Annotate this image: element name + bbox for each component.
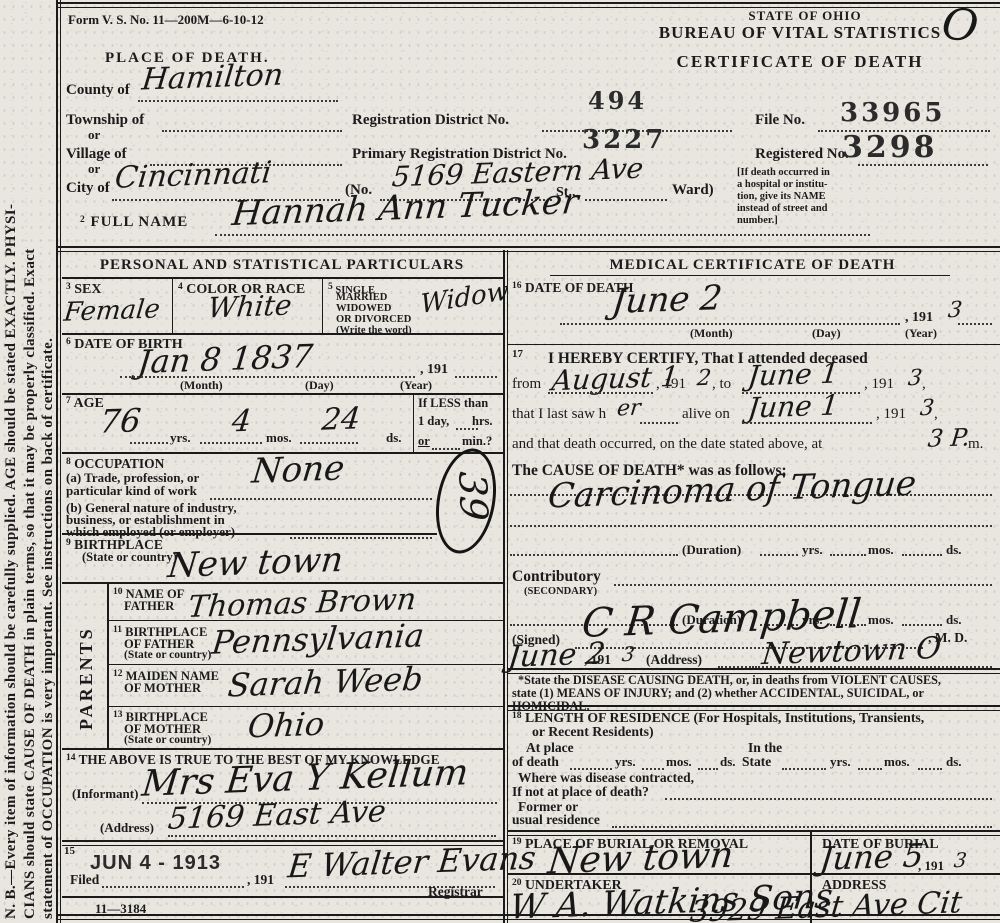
bureau-line: BUREAU OF VITAL STATISTICS: [620, 23, 980, 43]
occupation-number: 8: [66, 457, 71, 467]
rule: [62, 582, 503, 584]
hospital-note-line3: tion, give its NAME: [737, 191, 826, 203]
hospital-note-line5: number.]: [737, 215, 778, 227]
residence-label2: or Recent Residents): [532, 724, 654, 740]
dotted-line: [782, 766, 826, 770]
dotted-line: [138, 98, 338, 102]
cell-divider: [413, 393, 414, 452]
sex-value: Female: [62, 294, 161, 327]
duration-label-1: (Duration): [682, 542, 741, 558]
form-number: Form V. S. No. 11—200M—6-10-12: [68, 12, 264, 28]
full-name-label: FULL NAME: [91, 214, 189, 230]
dotted-line: [902, 622, 942, 626]
in-the-line2: State: [742, 754, 771, 770]
in-state-ds: ds.: [946, 754, 962, 770]
rule: [62, 333, 503, 335]
from-year-hw: 2: [696, 366, 713, 392]
dotted-line: [200, 440, 262, 444]
dotted-line: [510, 523, 992, 527]
hospital-note-line1: [If death occurred in: [737, 167, 830, 179]
dotted-line: [958, 321, 992, 325]
at-place-line2: of death: [512, 754, 559, 770]
filed-number: 15: [64, 845, 75, 857]
margin-divider-inner: [60, 0, 61, 923]
min-label: min.?: [462, 434, 492, 449]
dotted-line: [830, 552, 866, 556]
burial-place-value: New town: [546, 835, 735, 883]
residence-number: 18: [512, 711, 522, 721]
rule: [62, 393, 503, 395]
duration-mos-1: mos.: [868, 542, 894, 558]
burial-year-prefix: , 191: [918, 858, 944, 874]
alive-label: alive on: [682, 406, 730, 423]
from-year-prefix: , 191: [656, 376, 686, 393]
time-hw: 3 P.: [927, 423, 972, 453]
dotted-line: [548, 390, 653, 394]
birthplace-number: 9: [66, 538, 71, 548]
mother-bp-sub: (State or country): [124, 734, 211, 746]
signed-address-label: (Address): [646, 652, 702, 668]
occupation-a-line2: particular kind of work: [66, 483, 197, 499]
dotted-line: [560, 321, 900, 325]
occupation-a-value: None: [250, 448, 346, 491]
ward-label: Ward): [672, 182, 714, 199]
saw-label: that I last saw h: [512, 406, 606, 423]
father-label2: FATHER: [124, 599, 174, 614]
dotted-line: [585, 197, 667, 201]
certificate-heading: CERTIFICATE OF DEATH: [620, 52, 980, 72]
registered-no-label: Registered No.: [755, 146, 849, 163]
dotted-line: [902, 552, 942, 556]
saw-hw: er: [616, 396, 642, 422]
rule: [62, 277, 503, 279]
yrs-label: yrs.: [170, 430, 191, 446]
mother-bp-value: Ohio: [246, 705, 326, 746]
cell-divider: [172, 277, 173, 333]
mother-label2: OF MOTHER: [124, 681, 201, 696]
dotted-line: [130, 440, 168, 444]
m-label: m.: [968, 436, 983, 453]
mother-number: 12: [113, 669, 123, 679]
age-number: 7: [66, 396, 71, 406]
dod-number: 16: [512, 281, 522, 291]
truth-number: 14: [66, 753, 76, 763]
registrar-signature: E Walter Evans: [286, 839, 538, 886]
primary-district-value: 3227: [582, 125, 666, 155]
registered-no-value: 3298: [842, 130, 938, 165]
less-than-line2: 1 day,: [418, 414, 449, 429]
rule: [550, 275, 950, 276]
dotted-line: [698, 766, 718, 770]
sex-number: 3: [66, 282, 71, 292]
rule: [507, 873, 1000, 875]
dob-number: 6: [66, 337, 71, 347]
alive-year-prefix: , 191: [876, 406, 906, 423]
filed-date-stamp: JUN 4 - 1913: [90, 852, 221, 875]
file-no-label: File No.: [755, 112, 805, 129]
mos-label: mos.: [266, 430, 292, 446]
county-label: County of: [66, 82, 130, 99]
father-number: 10: [113, 587, 123, 597]
dotted-line: [162, 128, 342, 132]
father-bp-sub: (State or country): [124, 649, 211, 661]
signed-year-hw: 3: [621, 642, 636, 667]
parents-divider: [107, 582, 109, 748]
dotted-line: [640, 420, 678, 424]
dotted-line: [742, 420, 872, 424]
comma: ,: [922, 376, 926, 393]
comma2: ,: [934, 406, 938, 423]
birthplace-sub: (State or country): [82, 550, 177, 565]
dod-year-caption: (Year): [905, 326, 937, 341]
sex-label: SEX: [74, 282, 101, 297]
circled-annotation: 39: [428, 444, 504, 558]
file-no-value: 33965: [840, 98, 945, 128]
dotted-line: [510, 552, 678, 556]
dod-value: June 2: [610, 278, 724, 322]
from-label: from: [512, 376, 541, 393]
residence-label1: LENGTH OF RESIDENCE (For Hospitals, Inst…: [525, 710, 924, 725]
state-line: STATE OF OHIO: [640, 8, 970, 24]
age-years-value: 76: [98, 401, 143, 441]
dotted-line: [168, 833, 496, 837]
margin-note-line3: statement of OCCUPATION is very importan…: [40, 338, 57, 919]
hrs-label: hrs.: [472, 414, 493, 429]
contracted-line2: If not at place of death?: [512, 784, 649, 800]
signed-year-prefix: , 191: [584, 652, 611, 668]
mother-name-value: Sarah Weeb: [226, 660, 425, 705]
age-months-value: 4: [230, 404, 253, 440]
or-label-1: or: [88, 127, 100, 143]
rule: [62, 748, 503, 750]
section-divider: [56, 246, 1000, 252]
or-label: or: [418, 434, 430, 449]
full-name-value: Hannah Ann Tucker: [230, 182, 580, 234]
at-place-yrs: yrs.: [615, 754, 636, 770]
less-than-line1: If LESS than: [418, 396, 488, 411]
marital-line5: (Write the word): [336, 325, 412, 337]
duration-mos-2: mos.: [868, 612, 894, 628]
parents-label: PARENTS: [76, 626, 97, 730]
dod-year-hw: 3: [947, 298, 964, 324]
filed-year-suffix: , 191: [247, 872, 274, 888]
dob-year-suffix: , 191: [420, 362, 448, 378]
dotted-line: [612, 824, 992, 828]
dod-month-caption: (Month): [690, 326, 733, 341]
duration-yrs-1: yrs.: [802, 542, 823, 558]
at-place-ds: ds.: [720, 754, 736, 770]
city-value: Cincinnati: [113, 155, 273, 196]
margin-note-line1: N. B.—Every item of information should b…: [3, 204, 20, 919]
margin-divider: [56, 0, 58, 923]
to-year-hw: 3: [907, 366, 924, 392]
dotted-line: [918, 766, 942, 770]
contributory-label: Contributory: [512, 568, 601, 586]
dotted-line: [290, 535, 432, 539]
ds-label: ds.: [386, 430, 402, 446]
rule: [62, 533, 437, 535]
burial-year-hw: 3: [953, 848, 968, 873]
column-divider: [503, 250, 505, 923]
corner-mark: O: [939, 0, 982, 53]
dod-year-prefix: , 191: [905, 310, 933, 326]
occupation-label: OCCUPATION: [74, 456, 164, 471]
county-value: Hamilton: [140, 57, 285, 97]
day-caption: (Day): [305, 378, 334, 393]
dotted-line: [102, 884, 244, 888]
city-label: City of: [66, 180, 110, 197]
dotted-line: [760, 552, 798, 556]
father-bp-value: Pennsylvania: [210, 616, 426, 662]
marital-number: 5: [328, 282, 333, 292]
medical-section-title: MEDICAL CERTIFICATE OF DEATH: [510, 257, 995, 274]
to-label: , to: [712, 376, 731, 393]
to-value: June 1: [746, 356, 840, 392]
marital-value: Widow: [420, 276, 509, 320]
age-label: AGE: [73, 396, 103, 411]
duration-ds-2: ds.: [946, 612, 962, 628]
filed-label: Filed: [70, 872, 99, 888]
alive-year-hw: 3: [919, 396, 936, 422]
dotted-line: [210, 496, 432, 500]
certify-number: 17: [512, 348, 523, 360]
month-caption: (Month): [180, 378, 223, 393]
mother-bp-number: 13: [113, 710, 123, 720]
dotted-line: [300, 440, 358, 444]
dotted-line: [215, 232, 870, 236]
margin-note-line2: CIANS should state CAUSE OF DEATH in pla…: [22, 248, 39, 919]
in-state-mos: mos.: [884, 754, 910, 770]
father-bp-number: 11: [113, 625, 122, 635]
registration-district-label: Registration District No.: [352, 112, 509, 129]
hospital-note-line4: instead of street and: [737, 203, 828, 215]
dotted-line: [120, 374, 415, 378]
dotted-line: [455, 374, 497, 378]
dotted-line: [432, 446, 460, 450]
race-number: 4: [178, 282, 183, 292]
dotted-line: [665, 796, 992, 800]
dotted-line: [858, 162, 988, 166]
birthplace-value: New town: [166, 540, 345, 586]
dotted-line: [614, 582, 992, 586]
cell-divider: [322, 277, 323, 333]
burial-number: 19: [512, 837, 522, 847]
rule: [62, 896, 503, 898]
circled-annotation-value: 39: [450, 470, 496, 521]
registration-district-value: 494: [588, 86, 647, 115]
to-year-prefix: , 191: [864, 376, 894, 393]
township-label: Township of: [66, 112, 144, 129]
personal-section-title: PERSONAL AND STATISTICAL PARTICULARS: [62, 257, 502, 274]
rule: [507, 344, 1000, 345]
former-line2: usual residence: [512, 812, 600, 828]
at-place-mos: mos.: [666, 754, 692, 770]
age-days-value: 24: [320, 401, 362, 437]
race-value: White: [206, 288, 293, 324]
year-caption: (Year): [400, 378, 432, 393]
informant-label: (Informant): [72, 786, 138, 802]
informant-address-label: (Address): [100, 820, 154, 836]
secondary-label: (SECONDARY): [524, 586, 597, 597]
or-label-2: or: [88, 161, 100, 177]
occurred-label: and that death occurred, on the date sta…: [512, 436, 822, 453]
death-certificate-scan: N. B.—Every item of information should b…: [0, 0, 1000, 923]
full-name-number: 2: [80, 215, 86, 225]
dotted-line: [858, 766, 882, 770]
informant-address-value: 5169 East Ave: [166, 794, 387, 837]
in-state-yrs: yrs.: [830, 754, 851, 770]
burial-date-value: June 5: [818, 836, 925, 878]
dod-day-caption: (Day): [812, 326, 841, 341]
column-divider-inner: [507, 250, 508, 923]
hospital-note-line2: a hospital or institu-: [737, 179, 828, 191]
duration-ds-1: ds.: [946, 542, 962, 558]
